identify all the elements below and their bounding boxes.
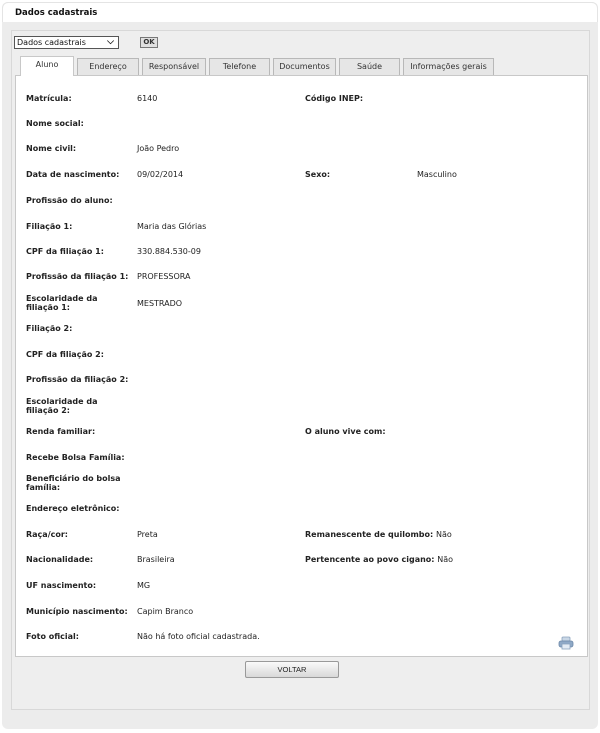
aluno-vive-com-label: O aluno vive com:	[305, 427, 386, 436]
matricula-value: 6140	[137, 94, 157, 103]
cpf-filiacao2-label: CPF da filiação 2:	[26, 350, 136, 359]
nome-social-label: Nome social:	[26, 119, 136, 128]
cigano-label: Pertencente ao povo cigano: Não	[305, 555, 453, 564]
voltar-button[interactable]: VOLTAR	[245, 661, 339, 678]
filiacao1-label: Filiação 1:	[26, 222, 136, 231]
section-select[interactable]: Dados cadastrais ⌵	[14, 36, 119, 49]
cpf-filiacao1-label: CPF da filiação 1:	[26, 247, 136, 256]
window-title: Dados cadastrais	[15, 8, 97, 18]
profissao-filiacao2-label: Profissão da filiação 2:	[26, 375, 151, 384]
foto-oficial-value: Não há foto oficial cadastrada.	[137, 632, 260, 641]
data-nascimento-label: Data de nascimento:	[26, 170, 136, 179]
escolaridade-filiacao1-label: Escolaridade da filiação 1:	[26, 294, 118, 312]
sexo-value: Masculino	[417, 170, 457, 179]
data-nascimento-value: 09/02/2014	[137, 170, 183, 179]
quilombo-value: Não	[436, 530, 452, 539]
ok-button[interactable]: OK	[140, 37, 158, 48]
escolaridade-filiacao1-value: MESTRADO	[137, 299, 182, 308]
endereco-eletronico-label: Endereço eletrônico:	[26, 504, 151, 513]
sexo-label: Sexo:	[305, 170, 330, 179]
printer-icon[interactable]	[558, 636, 574, 650]
tab-endereco[interactable]: Endereço	[77, 58, 139, 75]
municipio-nascimento-value: Capim Branco	[137, 607, 193, 616]
matricula-label: Matrícula:	[26, 94, 136, 103]
nacionalidade-value: Brasileira	[137, 555, 175, 564]
aluno-details: Matrícula: 6140 Código INEP: Nome social…	[15, 75, 588, 657]
foto-oficial-label: Foto oficial:	[26, 632, 136, 641]
quilombo-label: Remanescente de quilombo: Não	[305, 530, 452, 539]
uf-nascimento-value: MG	[137, 581, 150, 590]
beneficiario-bolsa-label: Beneficiário do bolsa família:	[26, 474, 126, 492]
filiacao1-value: Maria das Glórias	[137, 222, 206, 231]
uf-nascimento-label: UF nascimento:	[26, 581, 136, 590]
tab-telefone[interactable]: Telefone	[209, 58, 270, 75]
raca-cor-label: Raça/cor:	[26, 530, 136, 539]
title-bar: Dados cadastrais	[2, 2, 598, 22]
cigano-value: Não	[437, 555, 453, 564]
renda-familiar-label: Renda familiar:	[26, 427, 136, 436]
cpf-filiacao1-value: 330.884.530-09	[137, 247, 201, 256]
tab-aluno[interactable]: Aluno	[20, 56, 74, 76]
profissao-aluno-label: Profissão do aluno:	[26, 196, 136, 205]
escolaridade-filiacao2-label: Escolaridade da filiação 2:	[26, 397, 118, 415]
tab-documentos[interactable]: Documentos	[273, 58, 336, 75]
recebe-bolsa-label: Recebe Bolsa Família:	[26, 453, 151, 462]
codigo-inep-label: Código INEP:	[305, 94, 363, 103]
tab-saude[interactable]: Saúde	[339, 58, 400, 75]
raca-cor-value: Preta	[137, 530, 158, 539]
main-panel: Dados cadastrais ⌵ OK Aluno Endereço Res…	[11, 30, 590, 710]
profissao-filiacao1-label: Profissão da filiação 1:	[26, 272, 151, 281]
dialog-window: Dados cadastrais Dados cadastrais ⌵ OK A…	[2, 2, 598, 729]
filiacao2-label: Filiação 2:	[26, 324, 136, 333]
section-select-value: Dados cadastrais	[17, 38, 86, 47]
tab-responsavel[interactable]: Responsável	[142, 58, 206, 75]
nome-civil-label: Nome civil:	[26, 144, 136, 153]
chevron-down-icon: ⌵	[107, 37, 114, 48]
profissao-filiacao1-value: PROFESSORA	[137, 272, 191, 281]
tab-informacoes-gerais[interactable]: Informações gerais	[403, 58, 494, 75]
nacionalidade-label: Nacionalidade:	[26, 555, 136, 564]
nome-civil-value: João Pedro	[137, 144, 179, 153]
municipio-nascimento-label: Município nascimento:	[26, 607, 151, 616]
